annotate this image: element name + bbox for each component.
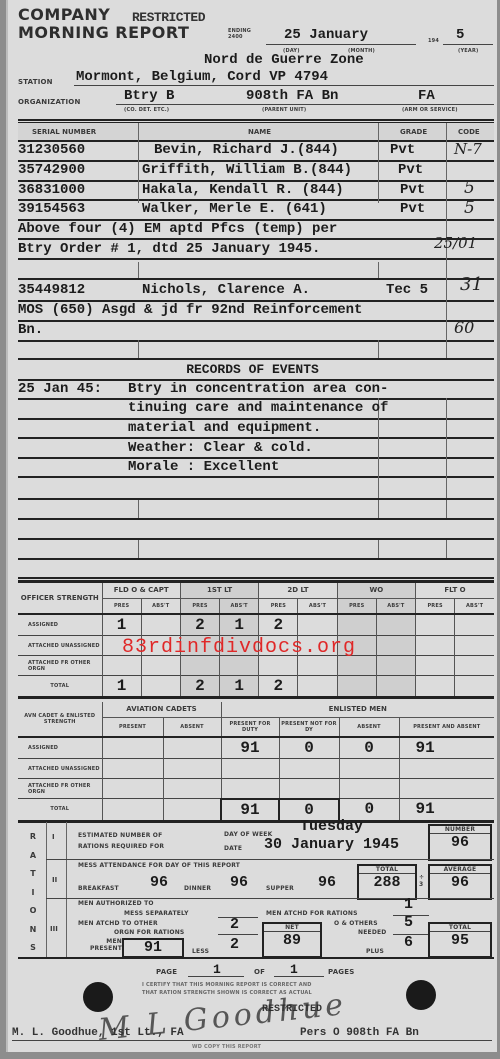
number-box: NUMBER 96 [428,824,492,861]
section-ii-label: MESS ATTENDANCE FOR DAY OF THIS REPORT [78,862,240,869]
subcol-absent: ABSENT [339,717,399,737]
auth-label-2: MESS SEPARATELY [124,910,189,917]
grand-total-value: 95 [430,932,490,949]
cell: 1 [102,676,141,698]
station-extra: Nord de Guerre Zone [204,52,364,68]
row-label: ATTACHED UNASSIGNED [18,759,102,779]
station-value: Mormont, Belgium, Cord VP 4794 [76,69,328,85]
date-label: DATE [224,845,242,852]
section-i-label: ESTIMATED NUMBER OFRATIONS REQUIRED FOR [78,830,164,852]
ending-date: 25 January [284,27,368,43]
grade: Tec 5 [386,282,428,298]
cell: 1 [220,614,259,636]
classification-stamp: RESTRICTED [132,10,205,25]
present-label: MEN PRESENT [78,938,122,952]
signer-name: M. L. Goodhue, 1st Lt., FA [12,1027,184,1039]
atchd-label: MEN ATCHD FOR RATIONS [266,910,358,917]
event-line: Weather: Clear & cold. [128,440,313,456]
other-label-1: MEN ATCHD TO OTHER [78,920,158,927]
row-label: TOTAL [18,676,102,698]
other-label-2: ORGN FOR RATIONS [114,929,184,936]
number-value: 96 [430,834,490,851]
plus-label: PLUS [366,948,384,955]
roster-note2-line2: Bn. [18,322,43,338]
serial-number: 35449812 [18,282,85,298]
rations-side-label: RATIONS [26,828,40,958]
org-caption-company: (CO. DET. ETC.) [124,107,169,113]
breakfast-label: BREAKFAST [78,885,119,892]
subcol-pres: PRES [337,598,376,614]
cell: 91 [221,799,279,822]
cell [141,614,180,636]
cell: 2 [259,614,298,636]
year-caption: (YEAR) [458,48,479,54]
enlisted-row-attached-unassigned: ATTACHED UNASSIGNED [18,759,494,779]
soldier-name: Walker, Merle E. (641) [142,201,327,217]
dinner-count: 96 [230,874,248,891]
roster-note-line1: Above four (4) EM aptd Pfcs (temp) per [18,221,337,237]
code: 5 [464,198,475,218]
row-label: ATTACHED FR OTHER ORGN [18,656,102,676]
cell: 2 [180,614,219,636]
atchd-value: 1 [404,896,413,913]
serial-number: 31230560 [18,142,85,158]
code: 31 [460,274,483,295]
roster-note2-line1: MOS (650) Asgd & jd fr 92nd Reinforcemen… [18,302,362,318]
soldier-name: Nichols, Clarence A. [142,282,310,298]
events-date: 25 Jan 45: [18,381,102,397]
of-label: OF [254,968,265,976]
group-2d-lt: 2D LT [259,583,337,598]
divide-sign: ÷ 3 [419,874,427,888]
qo-value: 5 [404,914,413,931]
grade: Pvt [400,201,425,217]
cell [376,614,415,636]
certify-line-1: I CERTIFY THAT THIS MORNING REPORT IS CO… [142,982,312,988]
subcol-present-not-for-duty: PRESENT NOT FOR DY [279,717,339,737]
cell: 2 [259,676,298,698]
present-value: 91 [124,940,182,956]
binder-hole-right [406,980,436,1010]
page-label: PAGE [156,968,177,976]
cell: 1 [220,676,259,698]
soldier-name: Hakala, Kendall R. (844) [142,182,344,198]
binder-hole-left [83,982,113,1012]
col-code: CODE [458,128,480,136]
col-grade: GRADE [400,128,427,136]
qo-label-2: NEEDED [358,929,386,936]
row-label: ATTACHED FR OTHER ORGN [18,779,102,799]
signer-unit: Pers O 908th FA Bn [300,1027,419,1039]
cell [337,614,376,636]
enlisted-row-attached-other: ATTACHED FR OTHER ORGN [18,779,494,799]
ending-label: ENDING 2400 [228,28,250,40]
events-title: RECORDS OF EVENTS [8,362,497,377]
event-line: Btry in concentration area con- [128,381,388,397]
subcol-abst: ABS'T [298,598,337,614]
auth-label-1: MEN AUTHORIZED TO [78,900,154,907]
average-value: 96 [430,874,490,891]
cell: 0 [339,737,399,759]
subcol-present: PRESENT [102,717,163,737]
year-value: 5 [456,27,464,43]
cell [416,614,455,636]
group-aviation-cadets: AVIATION CADETS [102,702,221,717]
subcol-abst: ABS'T [376,598,415,614]
cell: 91 [221,737,279,759]
group-fld-o-capt: FLD O & CAPT [102,583,180,598]
total-box: TOTAL 288 [357,864,417,900]
roster-note2-code: 60 [454,318,474,337]
ration-date: 30 January 1945 [264,836,399,853]
page-total: 1 [290,962,298,977]
cell: 2 [180,676,219,698]
less-label: LESS [192,948,209,955]
subcol-abst: ABS'T [220,598,259,614]
page-number: 1 [213,962,221,977]
roster-note-line2: Btry Order # 1, dtd 25 January 1945. [18,241,320,257]
col-name: NAME [248,128,271,136]
serial-number: 39154563 [18,201,85,217]
serial-number: 35742900 [18,162,85,178]
grand-total-box: TOTAL 95 [428,922,492,958]
less-value: 2 [230,936,239,953]
cell: 1 [102,614,141,636]
row-label: ASSIGNED [18,614,102,636]
enlisted-strength-title: AVN CADET & ENLISTED STRENGTH [18,702,102,737]
org-arm: FA [418,88,435,104]
subcol-present-and-absent: PRESENT AND ABSENT [399,717,494,737]
enlisted-row-assigned: ASSIGNED 91 0 0 91 [18,737,494,759]
cell [455,614,494,636]
subcol-present-for-duty: PRESENT FOR DUTY [221,717,279,737]
net-box: NET 89 [262,922,322,958]
col-serial-number: SERIAL NUMBER [32,128,96,136]
supper-label: SUPPER [266,885,294,892]
officer-row-assigned: ASSIGNED 1 2 1 2 [18,614,494,636]
cell: 91 [399,737,494,759]
soldier-name: Griffith, William B.(844) [142,162,352,178]
officer-strength-title: OFFICER STRENGTH [18,583,102,614]
form-footer: WD COPY THIS REPORT [192,1044,261,1050]
pages-label: PAGES [328,968,354,976]
row-label: ATTACHED UNASSIGNED [18,636,102,656]
group-wo: WO [337,583,415,598]
section-ii-number: II [52,876,57,884]
roster-note-code: 25/01 [434,234,477,252]
subcol-pres: PRES [259,598,298,614]
group-1st-lt: 1ST LT [180,583,258,598]
code: 5 [464,178,475,198]
form-title-line2: MORNING REPORT [18,24,189,42]
row-label: TOTAL [18,799,102,822]
event-line: tinuing care and maintenance of [128,400,388,416]
grade: Pvt [400,182,425,198]
grade: Pvt [398,162,423,178]
soldier-name: Bevin, Richard J.(844) [154,142,339,158]
present-box: 91 [122,938,184,958]
serial-number: 36831000 [18,182,85,198]
org-parent: 908th FA Bn [246,88,338,104]
net-value: 89 [264,932,320,949]
org-caption-parent: (PARENT UNIT) [262,107,306,113]
average-box: AVERAGE 96 [428,864,492,900]
year-label: 194 [428,38,439,44]
morning-report-form: COMPANY MORNING REPORT RESTRICTED ENDING… [6,0,497,1052]
supper-count: 96 [318,874,336,891]
enlisted-row-total: TOTAL 91 0 0 91 [18,799,494,822]
cell [298,614,337,636]
qo-label-1: O & OTHERS [334,920,378,927]
total-value: 288 [359,874,415,891]
group-flt-o: FLT O [416,583,494,598]
officer-row-total: TOTAL 1 2 1 2 [18,676,494,698]
cell: 0 [279,737,339,759]
section-i-number: I [52,833,55,841]
cell: 91 [399,799,494,822]
subcol-abst: ABS'T [455,598,494,614]
section-iii-number: III [50,925,58,933]
subcol-abst: ABS'T [141,598,180,614]
grade: Pvt [390,142,415,158]
group-enlisted-men: ENLISTED MEN [221,702,494,717]
org-caption-arm: (ARM OR SERVICE) [402,107,458,113]
code: N-7 [454,140,482,158]
subcol-pres: PRES [180,598,219,614]
other-value: 2 [230,916,239,933]
subcol-absent: ABSENT [163,717,221,737]
organization-label: ORGANIZATION [18,98,81,106]
event-line: material and equipment. [128,420,321,436]
station-label: STATION [18,78,53,86]
row-label: ASSIGNED [18,737,102,759]
day-of-week: Tuesday [300,818,363,835]
watermark: 83rdinfdivdocs.org [122,636,356,659]
plus-value: 6 [404,934,413,951]
breakfast-count: 96 [150,874,168,891]
enlisted-strength-table: AVN CADET & ENLISTED STRENGTH AVIATION C… [18,702,494,823]
org-company: Btry B [124,88,174,104]
dinner-label: DINNER [184,885,211,892]
subcol-pres: PRES [102,598,141,614]
subcol-pres: PRES [416,598,455,614]
event-line: Morale : Excellent [128,459,279,475]
